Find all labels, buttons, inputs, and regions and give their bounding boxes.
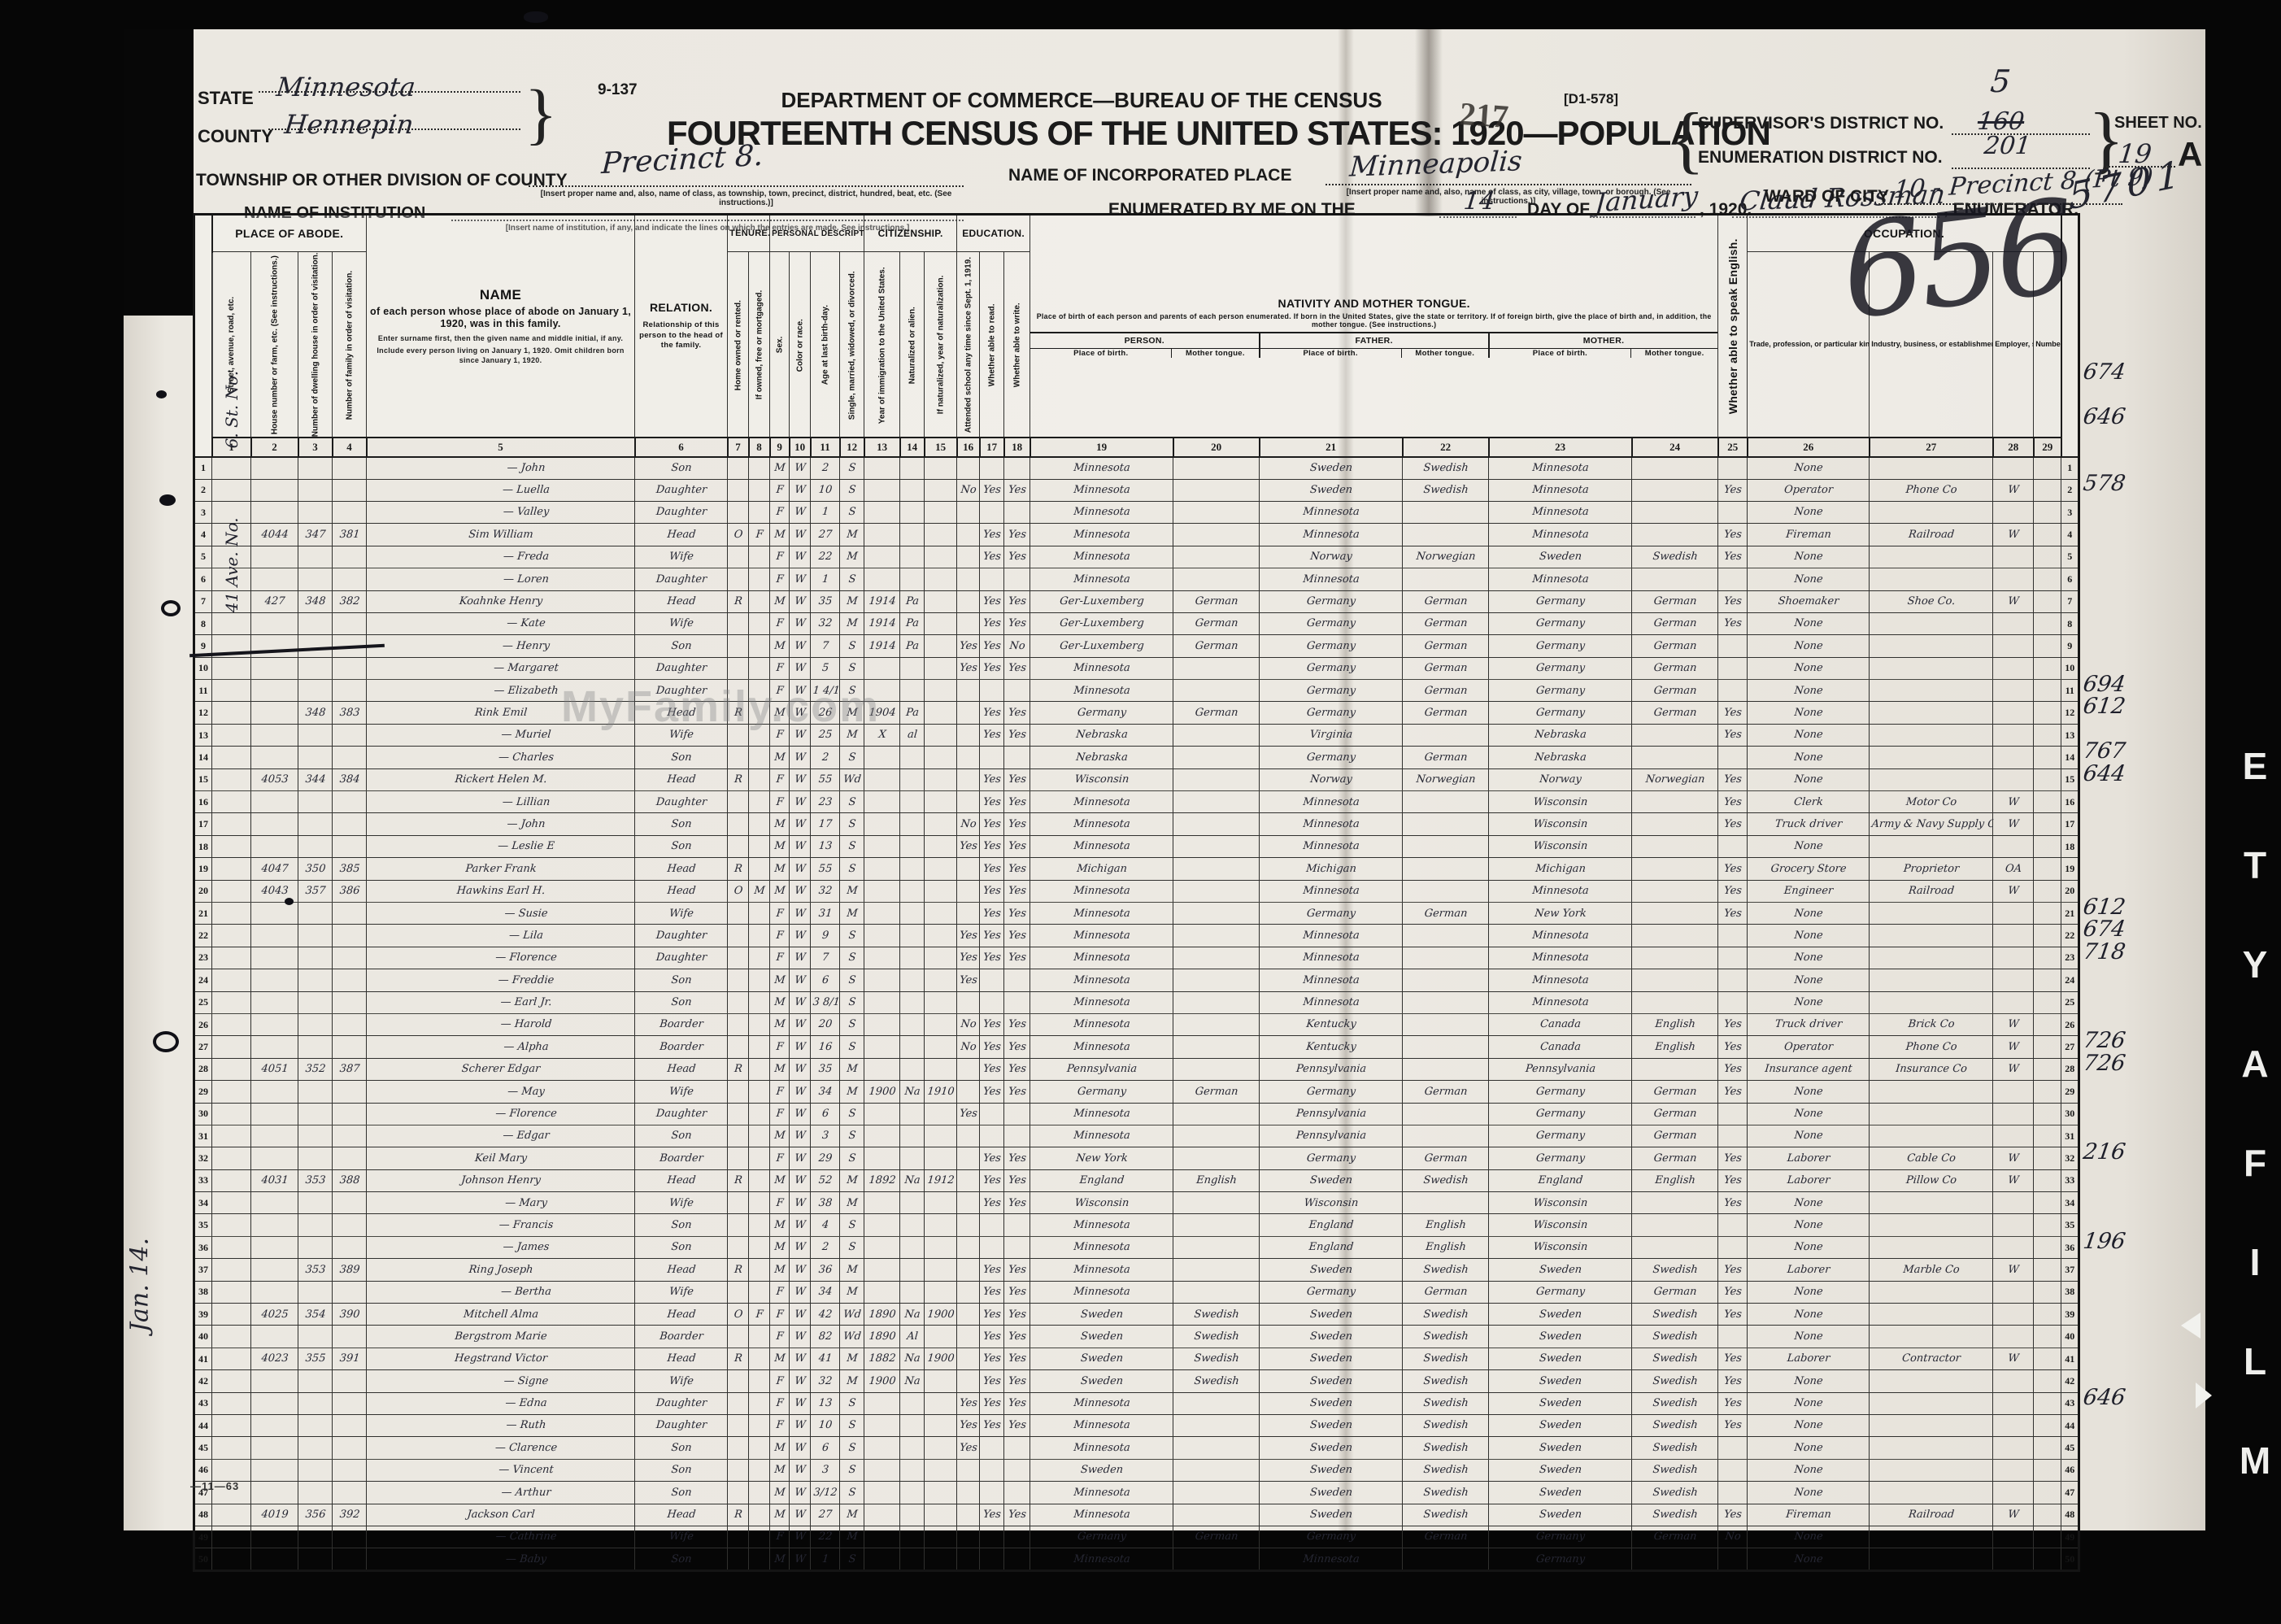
cell-write [1003,991,1030,1013]
cell-dw [297,546,333,568]
cell-sch: Yes [955,835,980,857]
cell-race: W [788,947,811,969]
cell-eng [1717,1459,1748,1481]
cell-home [726,1013,749,1035]
cell-emp [1992,1214,2035,1236]
cell-ind [1869,1304,1994,1326]
form-footer-code: —11—63 [190,1480,239,1492]
line-number-right: 14 [2061,747,2079,768]
cell-nat [899,457,925,479]
cell-ind [1869,657,1994,679]
cell-bpmt [1172,1214,1260,1236]
cell-ind: Cable Co [1869,1147,1994,1169]
cell-dw [297,1125,333,1147]
line-number-left: 50 [194,1548,212,1570]
cell-mar: S [838,1482,864,1504]
cell-eng [1717,835,1748,857]
cell-natyr [923,1259,957,1281]
cell-home [726,568,749,590]
cell-fbp: Sweden [1258,1482,1403,1504]
cell-mort [747,680,770,702]
cell-bpmt [1172,657,1260,679]
cell-emp [1992,1548,2035,1570]
column-number: 19 [1030,438,1173,457]
cell-home: R [726,1058,749,1080]
cell-imm [863,768,900,790]
line-number-right: 41 [2061,1348,2079,1369]
cell-fbp: Germany [1258,1526,1403,1548]
cell-street [212,947,251,969]
cell-rel: Head [633,702,728,724]
cell-mbp: Wisconsin [1487,1236,1632,1258]
cell-mbmt: Swedish [1630,1348,1718,1369]
line-number-right: 11 [2061,680,2079,702]
cell-mbmt: Norwegian [1630,768,1718,790]
cell-mort [747,1437,770,1459]
cell-home [726,1482,749,1504]
cell-age: 25 [809,724,840,746]
cell-rel: Wife [633,724,728,746]
cell-sch [955,702,980,724]
cell-hn [250,1103,298,1125]
cell-bp: Minnesota [1029,1236,1173,1258]
margin-date-note: Jan. 14. [122,1163,158,1407]
cell-sex: F [768,501,790,523]
cell-mbmt [1630,969,1718,991]
cell-nat [899,1437,925,1459]
cell-mort [747,1013,770,1035]
cell-fam [331,1370,367,1392]
cell-street [212,1548,251,1570]
cell-mbmt: Swedish [1630,1326,1718,1348]
place-label: NAME OF INCORPORATED PLACE [1008,166,1291,185]
cell-bpmt [1172,1236,1260,1258]
cell-home [726,1526,749,1548]
cell-name: — Florence [365,947,635,969]
line-number-left: 46 [194,1459,212,1481]
line-number-right: 45 [2061,1437,2079,1459]
table-row: 414023355391Hegstrand VictorHeadRMW41M18… [194,1348,2079,1369]
cell-sch [955,747,980,768]
cell-imm [863,1504,900,1526]
cell-emp [1992,1236,2035,1258]
cell-ind [1869,501,1994,523]
cell-sch [955,1348,980,1369]
cell-fbmt: Swedish [1401,479,1489,501]
cell-read: Yes [978,1504,1004,1526]
table-body: 1— JohnSonMW2SMinnesotaSwedenSwedishMinn… [194,457,2079,1571]
group-personal-description: PERSONAL DESCRIPTION. [770,215,864,252]
line-number-right: 20 [2061,880,2079,902]
cell-sex: F [768,925,790,947]
cell-mort [747,1526,770,1548]
cell-dw [297,1013,333,1035]
cell-fbp: Minnesota [1258,991,1403,1013]
cell-fam [331,657,367,679]
cell-bpmt: German [1172,702,1260,724]
cell-mort [747,1482,770,1504]
cell-age: 52 [809,1169,840,1191]
line-number-left: 13 [194,724,212,746]
cell-farm [2033,925,2062,947]
cell-imm [863,1236,900,1258]
cell-bpmt [1172,1459,1260,1481]
cell-eng [1717,657,1748,679]
cell-fbp: Germany [1258,1147,1403,1169]
cell-sex: M [768,969,790,991]
cell-bp: Wisconsin [1029,768,1173,790]
cell-mar: M [838,590,864,612]
cell-bp: Germany [1029,1081,1173,1103]
cell-emp: W [1992,1147,2035,1169]
cell-street [212,1304,251,1326]
cell-occ: None [1747,1081,1870,1103]
cell-mbp: Sweden [1487,1437,1632,1459]
cell-fam [331,680,367,702]
cell-fbmt: German [1401,1081,1489,1103]
name-group-note2: Include every person living on January 1… [368,346,633,365]
cell-occ: None [1747,1192,1870,1214]
cell-occ: Laborer [1747,1169,1870,1191]
film-edge-letter: I [2235,1240,2275,1284]
cell-imm [863,903,900,925]
cell-natyr [923,657,957,679]
cell-mbmt [1630,835,1718,857]
cell-eng: Yes [1717,1304,1748,1326]
table-row: 1— JohnSonMW2SMinnesotaSwedenSwedishMinn… [194,457,2079,479]
cell-rel: Son [633,1437,728,1459]
table-header: PLACE OF ABODE. NAME of each person whos… [194,215,2079,457]
cell-home [726,612,749,634]
cell-imm [863,501,900,523]
cell-home [726,1548,749,1570]
cell-fbp: Pennsylvania [1258,1103,1403,1125]
cell-age: 32 [809,612,840,634]
cell-imm: 1882 [863,1348,900,1369]
cell-race: W [788,635,811,657]
cell-bp: Minnesota [1029,925,1173,947]
table-row: 23— FlorenceDaughterFW7SYesYesYesMinneso… [194,947,2079,969]
column-number: 28 [1993,438,2034,457]
cell-mar: S [838,813,864,835]
cell-hn [250,546,298,568]
line-number-right: 47 [2061,1482,2079,1504]
cell-sex: M [768,1236,790,1258]
cell-mbp: Minnesota [1487,524,1632,546]
cell-home [726,791,749,813]
group-tenure: TENURE. [728,215,770,252]
cell-age: 1 [809,1548,840,1570]
cell-farm [2033,1326,2062,1348]
cell-hn [250,1526,298,1548]
cell-street [212,1370,251,1392]
cell-dw: 356 [297,1504,333,1526]
table-row: 8— KateWifeFW32M1914PaYesYesGer-Luxember… [194,612,2079,634]
cell-mort [747,835,770,857]
cell-imm [863,1259,900,1281]
cell-rel: Head [633,880,728,902]
cell-read: Yes [978,880,1004,902]
cell-emp [1992,1392,2035,1414]
cell-fbmt: Swedish [1401,1437,1489,1459]
table-row: 34— MaryWifeFW38MYesYesWisconsinWisconsi… [194,1192,2079,1214]
line-number-left: 22 [194,925,212,947]
cell-ind: Phone Co [1869,1036,1994,1058]
cell-home [726,813,749,835]
cell-emp: W [1992,479,2035,501]
cell-name: — Lillian [365,791,635,813]
cell-mbp: Sweden [1487,1392,1632,1414]
cell-race: W [788,1192,811,1214]
cell-fbmt: German [1401,680,1489,702]
cell-ind [1869,612,1994,634]
cell-rel: Head [633,1259,728,1281]
cell-sch [955,768,980,790]
cell-farm [2033,1169,2062,1191]
cell-mort [747,969,770,991]
cell-occ: None [1747,546,1870,568]
cell-fbp: Sweden [1258,1304,1403,1326]
cell-write: Yes [1003,1058,1030,1080]
cell-bp: Minnesota [1029,969,1173,991]
cell-emp: W [1992,880,2035,902]
cell-name: — Signe [365,1370,635,1392]
table-row: 42— SigneWifeFW32M1900NaYesYesSwedenSwed… [194,1370,2079,1392]
cell-nat [899,479,925,501]
table-row: 29— MayWifeFW34M1900Na1910YesYesGermanyG… [194,1081,2079,1103]
cell-sex: M [768,1437,790,1459]
cell-mort [747,1370,770,1392]
cell-bpmt: Swedish [1172,1326,1260,1348]
cell-mar: S [838,1548,864,1570]
cell-emp [1992,1103,2035,1125]
cell-age: 10 [809,1414,840,1436]
cell-occ: None [1747,903,1870,925]
cell-nat [899,1125,925,1147]
cell-read [978,1125,1004,1147]
cell-fbmt [1401,1058,1489,1080]
cell-mar: S [838,1013,864,1035]
group-place-of-abode: PLACE OF ABODE. [212,215,367,252]
cell-imm: 1914 [863,590,900,612]
cell-mbmt [1630,1236,1718,1258]
cell-name: — Francis [365,1214,635,1236]
cell-ind: Pillow Co [1869,1169,1994,1191]
cell-mar: S [838,835,864,857]
left-brace-decoration: } [525,75,557,154]
cell-emp: W [1992,1169,2035,1191]
cell-eng: Yes [1717,1348,1748,1369]
cell-fam: 387 [331,1058,367,1080]
cell-read [978,1236,1004,1258]
right-block-open-brace: { [1669,96,1704,182]
cell-home [726,1214,749,1236]
cell-fam [331,1326,367,1348]
column-number: 5 [367,438,635,457]
cell-eng: Yes [1717,1169,1748,1191]
line-number-left: 18 [194,835,212,857]
table-row: 25— Earl Jr.SonMW3 8/12SMinnesotaMinneso… [194,991,2079,1013]
cell-rel: Daughter [633,680,728,702]
cell-mbmt [1630,568,1718,590]
cell-imm [863,1147,900,1169]
cell-farm [2033,680,2062,702]
cell-mbp: Pennsylvania [1487,1058,1632,1080]
line-number-left: 16 [194,791,212,813]
cell-emp [1992,1414,2035,1436]
cell-mbp: Germany [1487,1081,1632,1103]
cell-emp [1992,724,2035,746]
column-number: 10 [790,438,811,457]
column-color-race: Color or race. [790,252,811,438]
cell-eng [1717,501,1748,523]
cell-street [212,1504,251,1526]
cell-nat: al [899,724,925,746]
cell-mort [747,1081,770,1103]
cell-sex: M [768,1348,790,1369]
cell-mbp: Wisconsin [1487,835,1632,857]
cell-hn: 4047 [250,858,298,880]
cell-farm [2033,991,2062,1013]
cell-sch [955,858,980,880]
cell-street [212,1125,251,1147]
line-number-right: 10 [2061,657,2079,679]
cell-street [212,1058,251,1080]
cell-farm [2033,1192,2062,1214]
cell-read: Yes [978,791,1004,813]
cell-race: W [788,1081,811,1103]
cell-write: Yes [1003,1036,1030,1058]
column-number: 21 [1260,438,1403,457]
cell-street [212,1013,251,1035]
cell-read [978,1103,1004,1125]
table-row: 49— CathrineWifeFW22MGermanyGermanGerman… [194,1526,2079,1548]
cell-dw [297,680,333,702]
cell-mort [747,568,770,590]
cell-nat [899,1548,925,1570]
cell-nat [899,1281,925,1303]
cell-mbmt: Swedish [1630,1392,1718,1414]
cell-mbmt [1630,813,1718,835]
cell-fam [331,1036,367,1058]
cell-read [978,501,1004,523]
group-name: NAME of each person whose place of abode… [367,215,635,438]
cell-bp: Minnesota [1029,835,1173,857]
cell-mbp: Minnesota [1487,501,1632,523]
cell-bpmt [1172,501,1260,523]
township-label: TOWNSHIP OR OTHER DIVISION OF COUNTY [196,171,568,190]
cell-imm [863,880,900,902]
cell-farm [2033,1081,2062,1103]
cell-imm [863,813,900,835]
margin-handwritten-number: 612 [2082,694,2127,719]
cell-ind [1869,1482,1994,1504]
cell-eng: Yes [1717,791,1748,813]
line-number-right: 16 [2061,791,2079,813]
cell-fam [331,1281,367,1303]
cell-natyr [923,1036,957,1058]
cell-natyr [923,747,957,768]
supervisor-corrected-value: 5 [1989,63,2013,99]
cell-natyr [923,1392,957,1414]
cell-race: W [788,1259,811,1281]
cell-fam [331,747,367,768]
cell-read: Yes [978,813,1004,835]
cell-name: — Lila [365,925,635,947]
cell-read: Yes [978,657,1004,679]
cell-nat [899,680,925,702]
cell-imm [863,1459,900,1481]
cell-occ: None [1747,724,1870,746]
cell-farm [2033,1548,2062,1570]
cell-race: W [788,1370,811,1392]
cell-natyr [923,1214,957,1236]
line-number-right: 40 [2061,1326,2079,1348]
cell-occ: None [1747,1482,1870,1504]
cell-mbmt [1630,1214,1718,1236]
cell-sex: M [768,1214,790,1236]
cell-fam [331,501,367,523]
cell-fam [331,1482,367,1504]
cell-ind [1869,1214,1994,1236]
cell-dw [297,1147,333,1169]
margin-handwritten-number: 646 [2082,404,2127,429]
cell-fam: 384 [331,768,367,790]
cell-mbp: Norway [1487,768,1632,790]
cell-imm [863,1125,900,1147]
cell-fbp: Minnesota [1258,880,1403,902]
cell-fbp: Sweden [1258,1392,1403,1414]
cell-rel: Son [633,1459,728,1481]
cell-mbp: Sweden [1487,1482,1632,1504]
cell-imm [863,925,900,947]
cell-fbmt [1401,501,1489,523]
cell-nat [899,947,925,969]
table-row: 21— SusieWifeFW31MYesYesMinnesotaGermany… [194,903,2079,925]
cell-bp: Sweden [1029,1370,1173,1392]
cell-race: W [788,1304,811,1326]
cell-natyr [923,1504,957,1526]
cell-nat [899,1147,925,1169]
cell-read: Yes [978,947,1004,969]
cell-fam [331,1414,367,1436]
cell-natyr [923,702,957,724]
cell-fam: 382 [331,590,367,612]
cell-hn [250,1437,298,1459]
line-number-left: 21 [194,903,212,925]
cell-bpmt [1172,1058,1260,1080]
cell-race: W [788,724,811,746]
cell-natyr [923,568,957,590]
nativity-father-block: FATHER. Place of birth. Mother tongue. [1260,333,1490,358]
cell-fam: 391 [331,1348,367,1369]
cell-bp: Minnesota [1029,791,1173,813]
person-label: PERSON. [1030,333,1258,349]
cell-bp: Minnesota [1029,1392,1173,1414]
cell-mbmt [1630,457,1718,479]
cell-emp [1992,568,2035,590]
cell-eng: Yes [1717,903,1748,925]
cell-mar: S [838,1036,864,1058]
cell-race: W [788,680,811,702]
cell-hn [250,457,298,479]
cell-write: Yes [1003,947,1030,969]
cell-sch [955,1548,980,1570]
cell-dw: 344 [297,768,333,790]
cell-mbmt [1630,724,1718,746]
cell-mort [747,1147,770,1169]
cell-dw [297,747,333,768]
